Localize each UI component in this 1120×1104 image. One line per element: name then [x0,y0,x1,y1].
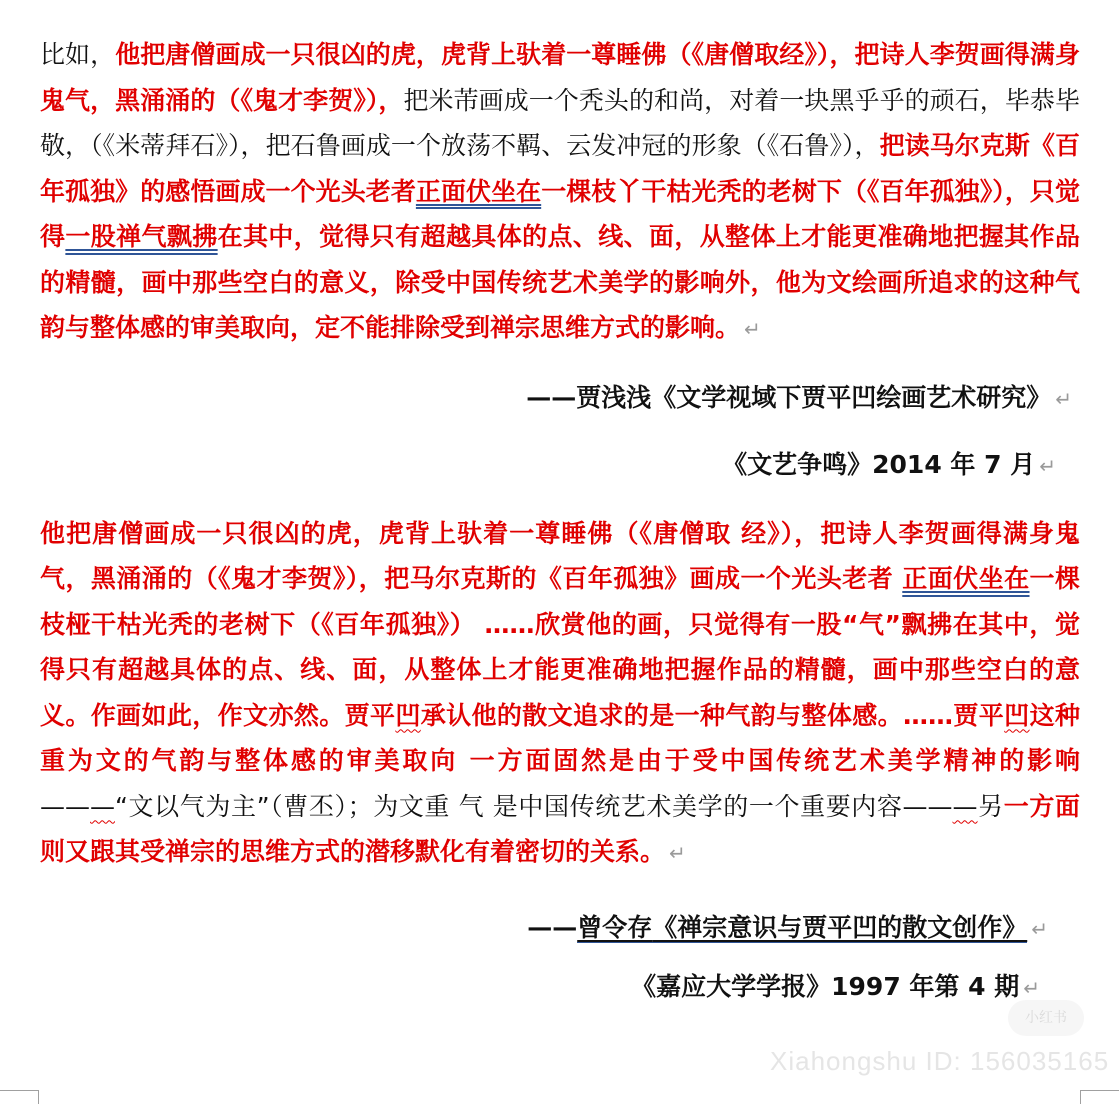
text-run: 另 [978,792,1004,821]
citation-author: 曾令存 [577,913,652,943]
citation-author: 贾浅浅 [576,383,651,412]
citation-source-1[interactable]: 《文艺争鸣》2014 年 7 月↵ [40,442,1080,489]
paragraph-mark-icon: ↵ [1031,917,1048,941]
citation-dash: —— [526,383,576,412]
citation-source: 《嘉应大学学报》1997 年第 4 期 [631,972,1019,1001]
text-run: 正面伏坐在 [902,564,1029,593]
citation-source: 《文艺争鸣》2014 年 7 月 [722,450,1035,479]
citation-title: 《文学视域下贾平凹绘画艺术研究》 [651,383,1051,412]
paragraph-mark-icon: ↵ [1039,454,1056,478]
citation-author-title-1[interactable]: ——贾浅浅《文学视域下贾平凹绘画艺术研究》↵ [40,375,1080,422]
paragraph-mark-icon: ↵ [744,317,761,341]
citation-title: 《禅宗意识与贾平凹的散文创作》 [652,913,1027,943]
text-run: 一股禅气飘拂 [65,222,217,251]
text-run: —— [40,792,90,821]
watermark-text: Xiahongshu ID: 156035165 [770,1046,1109,1077]
paragraph-mark-icon: ↵ [1055,387,1072,411]
page-corner-mark-right [1080,1090,1119,1104]
text-run: 凹 [395,701,420,730]
watermark-badge: 小红书 [1008,1000,1084,1036]
page-corner-mark-left [0,1090,39,1104]
paragraph-2[interactable]: 他把唐僧画成一只很凶的虎，虎背上驮着一尊睡佛（《唐僧取 经》），把诗人李贺画得满… [40,511,1080,877]
paragraph-mark-icon: ↵ [1023,976,1040,1000]
citation-author-title-2[interactable]: ——曾令存《禅宗意识与贾平凹的散文创作》↵ [40,905,1080,952]
text-run: 正面伏坐在 [416,177,541,206]
text-run: 凹 [1004,701,1029,730]
text-run: 承认他的散文追求的是一种气韵与整体感。……贾平 [421,701,1004,730]
citation-dash: —— [527,913,577,942]
text-run: — [953,792,978,821]
text-run: 比如， [40,40,115,69]
paragraph-1[interactable]: 比如，他把唐僧画成一只很凶的虎，虎背上驮着一尊睡佛（《唐僧取经》），把诗人李贺画… [40,32,1080,353]
document-page: 比如，他把唐僧画成一只很凶的虎，虎背上驮着一尊睡佛（《唐僧取经》），把诗人李贺画… [40,32,1080,1011]
paragraph-mark-icon: ↵ [669,841,686,865]
text-run: — [90,792,115,821]
text-run: “文以气为主”（曹丕）；为文重 气 是中国传统艺术美学的一个重要内容—— [115,792,953,821]
citation-source-2[interactable]: 《嘉应大学学报》1997 年第 4 期↵ [40,964,1080,1011]
